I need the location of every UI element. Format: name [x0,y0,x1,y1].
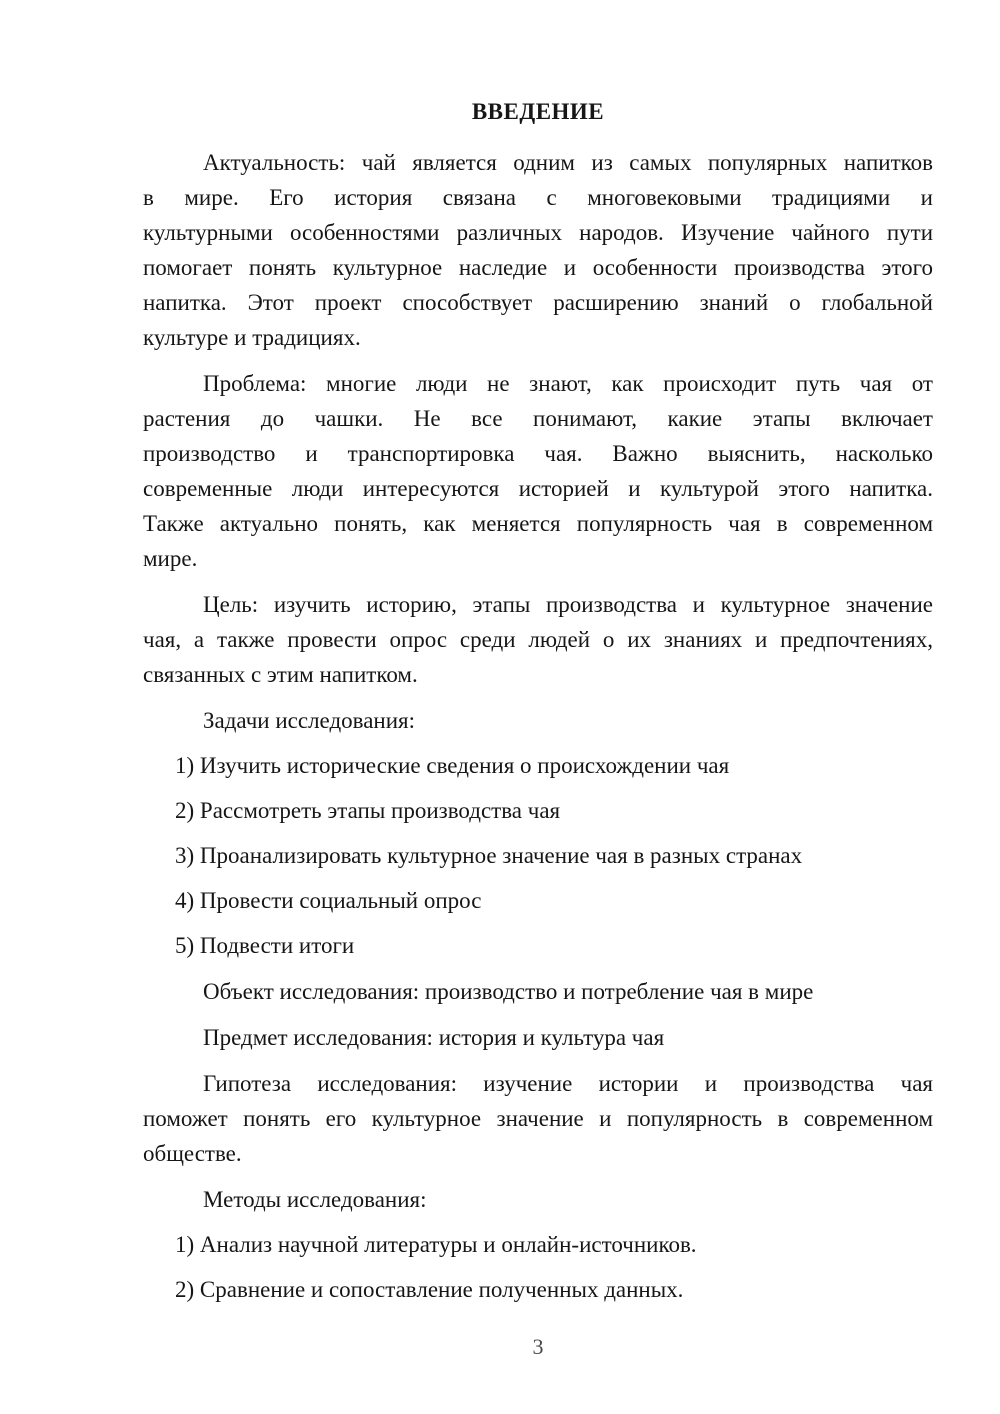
text-line: помогает понять культурное наследие и ос… [143,250,933,285]
paragraph: Предмет исследования: история и культура… [143,1020,933,1055]
document-body: Актуальность: чай является одним из самы… [143,145,933,1307]
list-item: 1) Анализ научной литературы и онлайн-ис… [143,1227,933,1262]
text-line: поможет понять его культурное значение и… [143,1101,933,1136]
text-line: связанных с этим напитком. [143,657,933,692]
text-line: Методы исследования: [143,1182,933,1217]
text-line: Актуальность: чай является одним из самы… [143,145,933,180]
text-line: культуре и традициях. [143,320,933,355]
list-item: 5) Подвести итоги [143,928,933,963]
document-page: ВВЕДЕНИЕ Актуальность: чай является одни… [0,0,1000,1414]
text-line: Задачи исследования: [143,703,933,738]
text-line: напитка. Этот проект способствует расшир… [143,285,933,320]
list-item: 2) Рассмотреть этапы производства чая [143,793,933,828]
paragraph: Задачи исследования: [143,703,933,738]
paragraph: Цель: изучить историю, этапы производств… [143,587,933,692]
paragraph: Гипотеза исследования: изучение истории … [143,1066,933,1171]
page-number: 3 [143,1332,933,1362]
text-line: растения до чашки. Не все понимают, каки… [143,401,933,436]
list-item: 2) Сравнение и сопоставление полученных … [143,1272,933,1307]
text-line: чая, а также провести опрос среди людей … [143,622,933,657]
paragraph: Актуальность: чай является одним из самы… [143,145,933,355]
text-line: современные люди интересуются историей и… [143,471,933,506]
section-heading: ВВЕДЕНИЕ [143,97,933,127]
text-line: производство и транспортировка чая. Важн… [143,436,933,471]
paragraph: Проблема: многие люди не знают, как прои… [143,366,933,576]
paragraph: Объект исследования: производство и потр… [143,974,933,1009]
list-item: 1) Изучить исторические сведения о проис… [143,748,933,783]
text-line: в мире. Его история связана с многовеков… [143,180,933,215]
text-line: Предмет исследования: история и культура… [143,1020,933,1055]
text-line: Цель: изучить историю, этапы производств… [143,587,933,622]
text-line: Также актуально понять, как меняется поп… [143,506,933,541]
text-line: Объект исследования: производство и потр… [143,974,933,1009]
text-line: Проблема: многие люди не знают, как прои… [143,366,933,401]
text-line: мире. [143,541,933,576]
list-item: 3) Проанализировать культурное значение … [143,838,933,873]
list-item: 4) Провести социальный опрос [143,883,933,918]
text-line: обществе. [143,1136,933,1171]
paragraph: Методы исследования: [143,1182,933,1217]
text-line: культурными особенностями различных наро… [143,215,933,250]
text-line: Гипотеза исследования: изучение истории … [143,1066,933,1101]
